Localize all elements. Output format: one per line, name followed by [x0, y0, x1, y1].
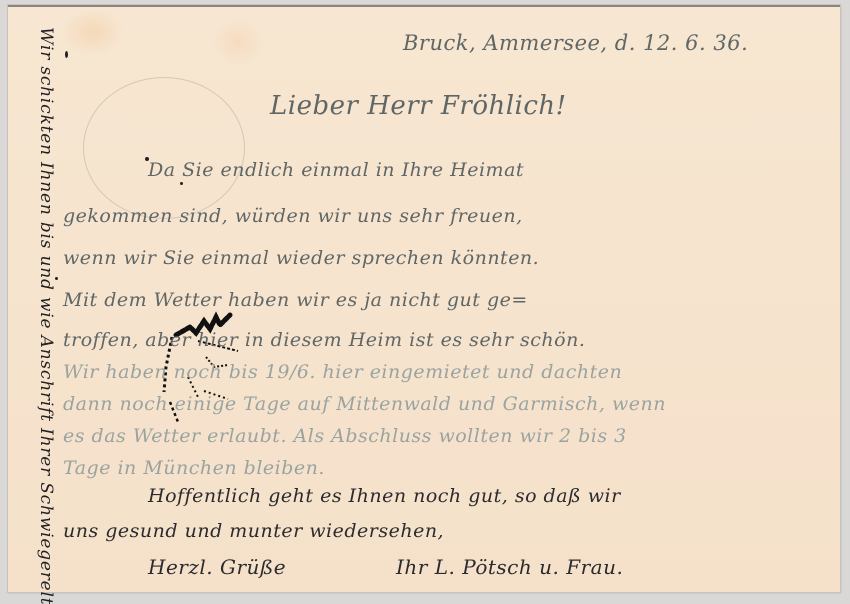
signature: Ihr L. Pötsch u. Frau.	[396, 555, 623, 579]
body-line-1: Da Sie endlich einmal in Ihre Heimat	[148, 159, 524, 181]
body-line-8: es das Wetter erlaubt. Als Abschluss wol…	[63, 425, 627, 447]
body-line-7: dann noch einige Tage auf Mittenwald und…	[63, 393, 666, 415]
body-line-11: uns gesund und munter wiedersehen,	[63, 520, 444, 542]
postmark-stamp	[83, 77, 245, 219]
body-line-6: Wir haben noch bis 19/6. hier eingemiete…	[63, 361, 622, 383]
ink-speck	[180, 182, 183, 185]
body-line-10: Hoffentlich geht es Ihnen noch gut, so d…	[148, 485, 621, 507]
closing-greeting: Herzl. Grüße	[148, 555, 286, 579]
place-date: Bruck, Ammersee, d. 12. 6. 36.	[403, 31, 748, 55]
body-line-3: wenn wir Sie einmal wieder sprechen könn…	[63, 247, 539, 269]
scanned-page: Wir schickten Ihnen bis und wie Anschrif…	[0, 0, 850, 604]
postcard: Wir schickten Ihnen bis und wie Anschrif…	[8, 5, 840, 592]
salutation: Lieber Herr Fröhlich!	[270, 91, 567, 121]
body-line-9: Tage in München bleiben.	[63, 457, 325, 479]
body-line-2: gekommen sind, würden wir uns sehr freue…	[63, 205, 523, 227]
body-line-5: troffen, aber hier in diesem Heim ist es…	[63, 329, 585, 351]
body-line-4: Mit dem Wetter haben wir es ja nicht gut…	[63, 289, 528, 311]
margin-note-vertical: Wir schickten Ihnen bis und wie Anschrif…	[36, 27, 56, 604]
ink-speck	[65, 51, 68, 58]
